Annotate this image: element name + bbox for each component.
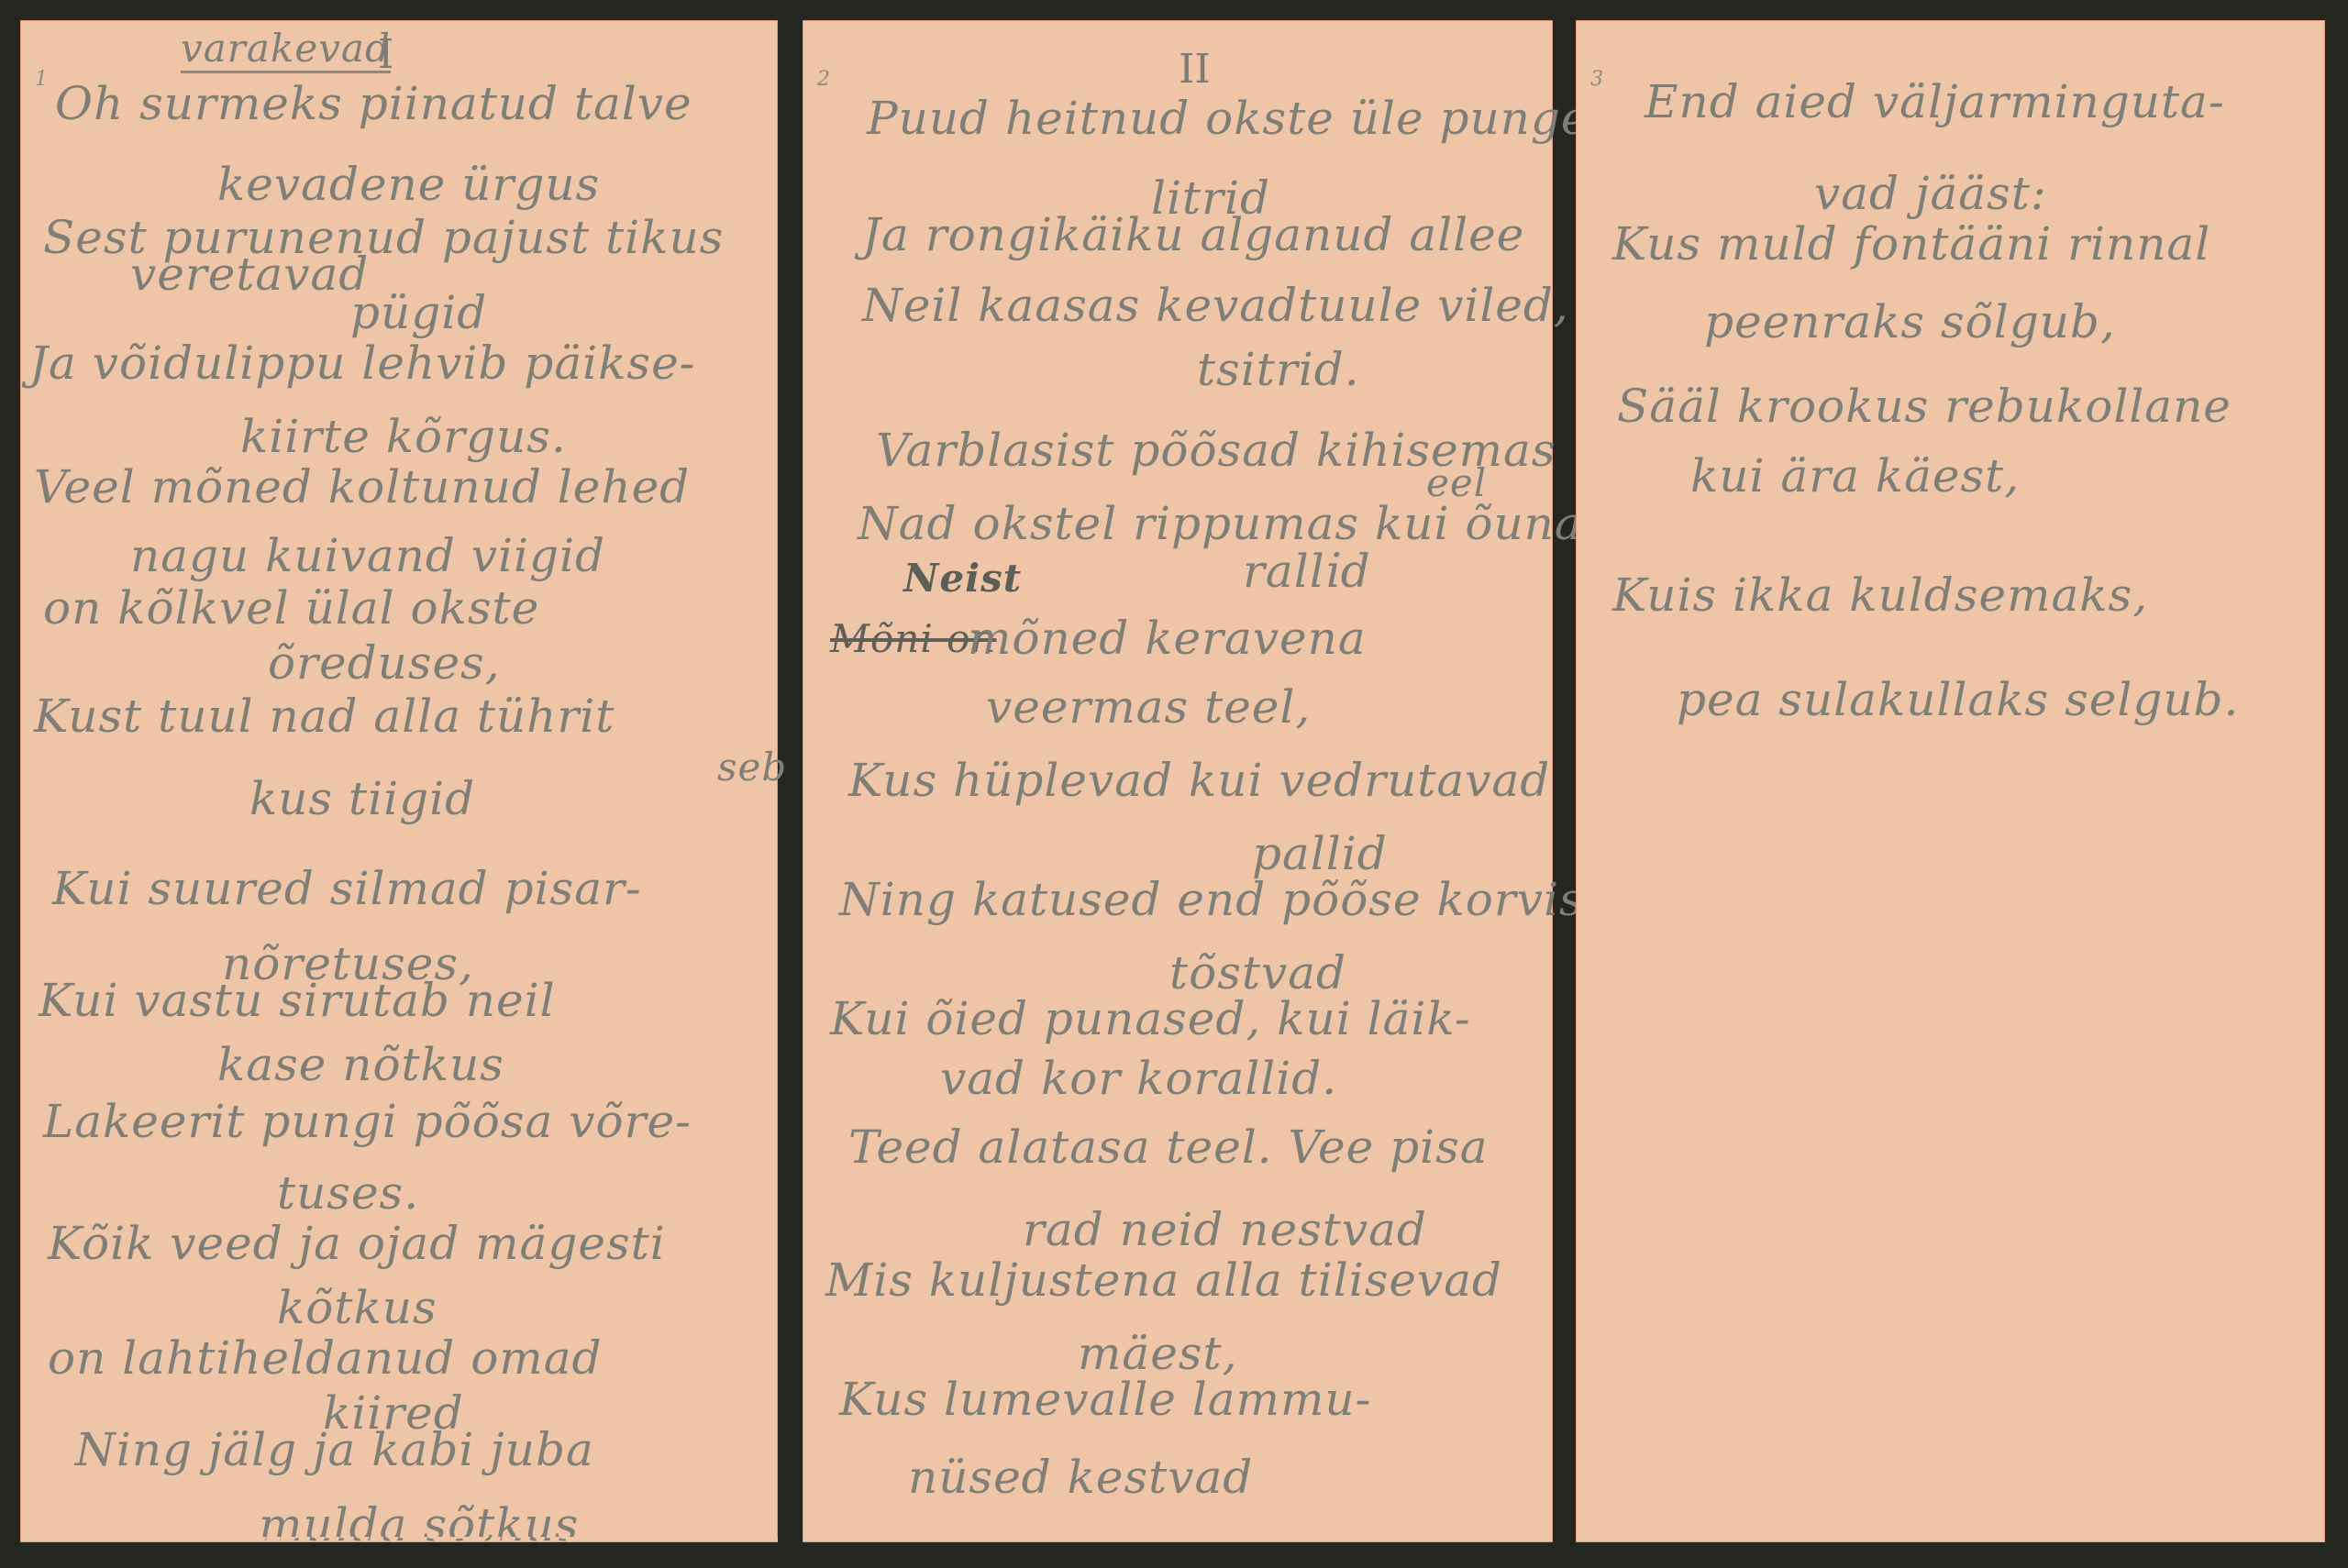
verse-line: Lakeerit pungi põõsa võre- <box>43 1095 692 1148</box>
verse-line: Kui õied punased, kui läik- <box>830 992 1471 1045</box>
verse-line: rad neid nestvad <box>1023 1203 1427 1256</box>
verse-line: mõned keravena <box>968 612 1367 665</box>
verse-line: tuses. <box>277 1166 419 1220</box>
verse-line: peenraks sõlgub, <box>1704 295 2116 348</box>
verse-line: Kui vastu sirutab neil <box>39 974 556 1027</box>
manuscript-page-3: 3 End aied väljarminguta- vad jääst: Kus… <box>1576 20 2325 1542</box>
verse-line: tsitrid. <box>1197 343 1360 396</box>
verse-line: kevadene ürgus <box>217 158 600 211</box>
verse-correction: Neist <box>903 556 1022 601</box>
manuscript-page-1: 1 I varakevad Oh surmeks piinatud talve … <box>20 20 778 1542</box>
verse-line: Kus muld fontääni rinnal <box>1612 217 2210 271</box>
verse-line: õreduses, <box>268 636 501 690</box>
verse-line: Teed alatasa teel. Vee pisa <box>848 1121 1489 1174</box>
verse-line: End aied väljarminguta- <box>1645 75 2225 128</box>
page-number: 1 <box>35 68 48 91</box>
verse-line: veretavad <box>130 248 369 301</box>
verse-line: Kuis ikka kuldsemaks, <box>1612 569 2148 622</box>
verse-line: kui ära käest, <box>1690 449 2020 502</box>
verse-line: Oh surmeks piinatud talve <box>55 77 692 130</box>
verse-line: pügid <box>350 286 487 339</box>
verse-line: Sääl krookus rebukollane <box>1617 380 2232 433</box>
verse-line: on kõlkvel ülal okste <box>43 581 539 635</box>
verse-line: kus tiigid <box>249 772 475 825</box>
verse-line: nagu kuivand viigid <box>130 529 605 582</box>
verse-insert: eel <box>1426 460 1487 505</box>
verse-line: nüsed kestvad <box>908 1451 1253 1504</box>
verse-line: Ja rongikäiku alganud allee <box>862 208 1524 261</box>
verse-line: Neil kaasas kevadtuule viled, <box>862 279 1569 332</box>
verse-line: Kust tuul nad alla tührit <box>34 690 615 743</box>
verse-line: veermas teel, <box>986 680 1311 734</box>
verse-line: Puud heitnud okste üle punge <box>867 92 1589 145</box>
manuscript-page-2: 2 II Puud heitnud okste üle punge litrid… <box>803 20 1553 1542</box>
verse-line: Kui suured silmad pisar- <box>52 862 642 915</box>
verse-line: Ning jälg ja kabi juba <box>75 1423 594 1476</box>
title-insert: varakevad <box>181 26 391 73</box>
verse-line: Mis kuljustena alla tilisevad <box>825 1253 1502 1307</box>
verse-line: vad jääst: <box>1814 167 2047 220</box>
verse-line: Nad okstel rippumas kui õunad <box>858 497 1613 550</box>
verse-line: ralli̇d <box>1243 545 1371 598</box>
verse-line: Kõik veed ja ojad mägesti <box>48 1217 666 1270</box>
page-number: 2 <box>817 68 830 91</box>
verse-line: Kus lumevalle lammu- <box>839 1373 1371 1426</box>
verse-line: pea sulakullaks selgub. <box>1677 673 2239 726</box>
verse-line: Kus hüplevad kui vedrutavad <box>848 754 1550 807</box>
verse-line: Ning katused end põõse korvist <box>839 873 1603 926</box>
page-number: 3 <box>1590 68 1603 91</box>
verse-line: mulda sõtkus <box>259 1498 579 1551</box>
verse-line: on lahtiheldanud omad <box>48 1331 603 1385</box>
verse-line: kase nõtkus <box>217 1038 504 1091</box>
verse-line: kõtkus <box>277 1281 437 1334</box>
verse-line: vad kor korallid. <box>940 1052 1337 1105</box>
section-numeral: II <box>1179 46 1211 93</box>
verse-line: Veel mõned koltunud lehed <box>34 460 690 513</box>
verse-line: kiirte kõrgus. <box>240 410 567 463</box>
verse-line: Ja võidulippu lehvib päikse- <box>29 337 696 390</box>
verse-insert: seb <box>717 745 787 790</box>
